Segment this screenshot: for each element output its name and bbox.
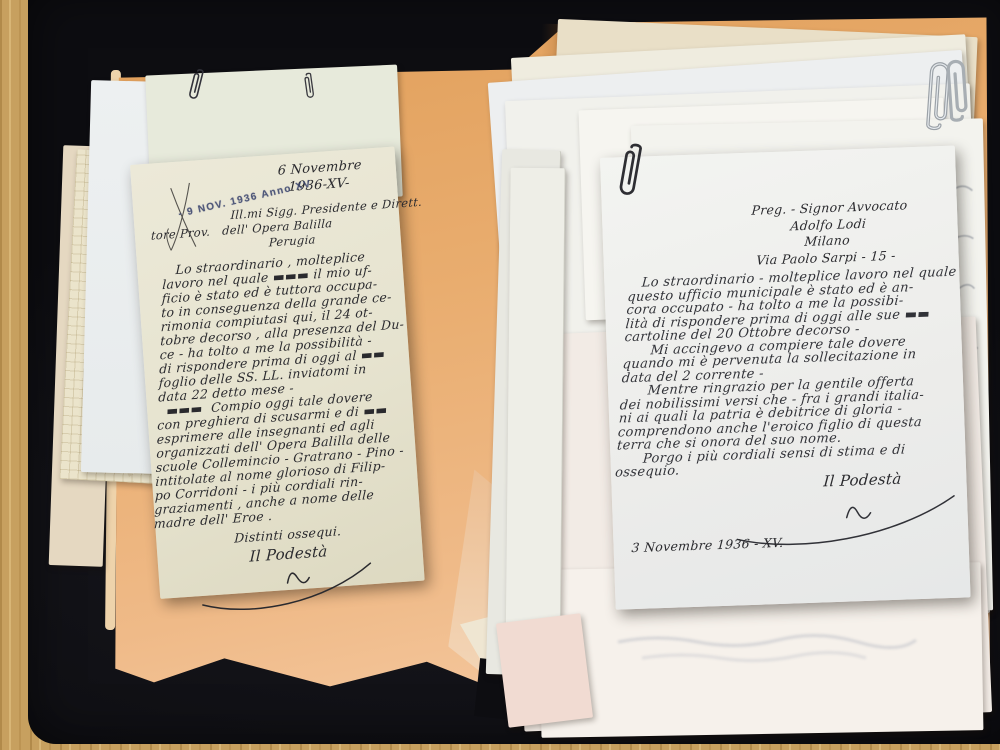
letter-left: 6 Novembre1936-XV- - 9 NOV. 1936 Anno XV… <box>130 147 425 599</box>
letter-body: Lo straordinario - molteplice lavoro nel… <box>615 266 957 481</box>
letter-right: Preg. - Signor AvvocatoAdolfo LodiMilano… <box>600 146 971 610</box>
bleed-through-line <box>612 628 922 668</box>
paperclip-icon <box>620 142 644 200</box>
archive-photo: 6 Novembre1936-XV- - 9 NOV. 1936 Anno XV… <box>0 0 1000 750</box>
paperclip-icon <box>941 54 969 124</box>
paperclip-icon <box>190 68 204 102</box>
paperclip-icon <box>304 72 316 100</box>
letter-date: 3 Novembre 1936 - XV. <box>631 535 784 555</box>
recipient-address: Preg. - Signor AvvocatoAdolfo LodiMilano… <box>709 196 947 270</box>
paper-sheet <box>505 168 565 674</box>
paper-sheet <box>496 613 593 728</box>
letter-body: Lo straordinario , molteplicelavoro nel … <box>154 247 411 532</box>
